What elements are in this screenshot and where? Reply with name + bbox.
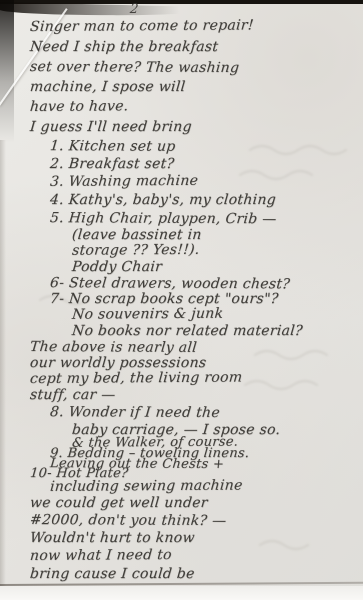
- handwritten-line: bring cause I could be: [29, 565, 360, 583]
- handwritten-line: have to have.: [29, 95, 360, 117]
- handwritten-line: 4. Kathy's, baby's, my clothing: [29, 191, 360, 209]
- handwritten-line: machine, I spose will: [29, 77, 360, 97]
- handwritten-line: now what I need to: [29, 545, 360, 565]
- handwritten-line: set over there? The washing: [29, 57, 360, 79]
- handwritten-line: 3. Washing machine: [29, 171, 360, 191]
- handwritten-line: 1. Kitchen set up: [29, 137, 360, 157]
- handwritten-line: 8. Wonder if I need the: [29, 403, 360, 423]
- handwritten-line: 5. High Chair, playpen, Crib —: [29, 209, 360, 229]
- scan-bottom-strip: [0, 586, 363, 600]
- scan-left-edge-shading: [0, 140, 6, 586]
- handwritten-line: #2000, don't you think? —: [29, 511, 360, 531]
- note-text: Singer man to come to repair!Need I ship…: [30, 17, 359, 583]
- handwritten-line: including sewing machine: [29, 477, 359, 495]
- handwritten-line: we could get well under: [29, 495, 359, 511]
- page-number: 2: [129, 2, 139, 17]
- handwritten-line: Singer man to come to repair!: [29, 15, 360, 37]
- handwritten-line: storage ?? Yes!!).: [29, 241, 359, 259]
- handwritten-line: Poddy Chair: [29, 259, 359, 275]
- scan-left-corner-shadow: [0, 0, 14, 150]
- handwritten-line: I guess I'll need bring: [29, 117, 360, 137]
- handwritten-line: No books nor related material?: [29, 323, 359, 339]
- handwritten-line: Need I ship the breakfast: [29, 37, 360, 57]
- handwritten-line: cept my bed, the living room: [29, 369, 359, 387]
- scanned-letter-page: 2 Singer man to come to repair!Need I sh…: [0, 0, 363, 600]
- handwritten-line: stuff, car —: [29, 387, 359, 403]
- handwritten-line: No souvenirs & junk: [29, 305, 359, 323]
